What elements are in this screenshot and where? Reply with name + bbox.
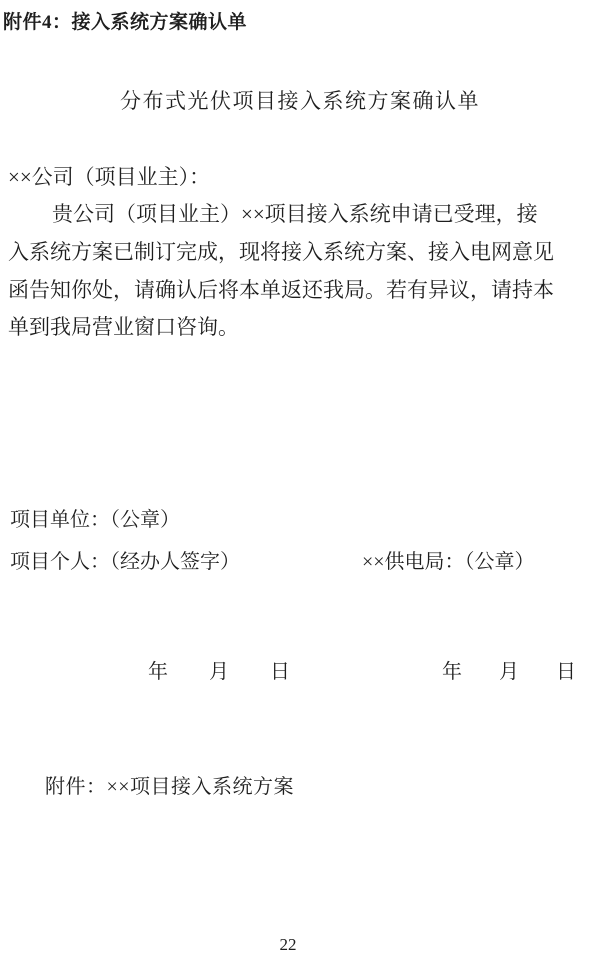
body-paragraph-line: 单到我局营业窗口咨询。 [8, 311, 239, 341]
date-line-power-bureau: 年 月 日 [442, 655, 576, 684]
date-day-label: 日 [270, 655, 290, 684]
document-page: 附件4：接入系统方案确认单 分布式光伏项目接入系统方案确认单 ××公司（项目业主… [0, 0, 600, 958]
body-paragraph-line: 入系统方案已制订完成，现将接入系统方案、接入电网意见 [8, 236, 554, 266]
date-month-label: 月 [499, 655, 519, 684]
date-day-label: 日 [556, 655, 576, 684]
date-year-label: 年 [148, 655, 168, 684]
power-bureau-seal-line: ××供电局：（公章） [362, 545, 535, 574]
body-paragraph-line: 贵公司（项目业主）××项目接入系统申请已受理，接 [8, 198, 538, 228]
attachment-note-line: 附件：××项目接入系统方案 [45, 770, 294, 799]
document-title: 分布式光伏项目接入系统方案确认单 [0, 85, 600, 115]
page-number: 22 [0, 935, 576, 955]
date-month-label: 月 [209, 655, 229, 684]
body-paragraph-line: 函告知你处，请确认后将本单返还我局。若有异议，请持本 [8, 274, 554, 304]
date-line-project-owner: 年 月 日 [148, 655, 290, 684]
project-individual-signature-line: 项目个人：（经办人签字） [10, 545, 240, 574]
salutation-line: ××公司（项目业主）： [8, 161, 210, 191]
date-year-label: 年 [442, 655, 462, 684]
attachment-header: 附件4：接入系统方案确认单 [3, 7, 247, 34]
project-unit-seal-line: 项目单位：（公章） [10, 503, 180, 532]
